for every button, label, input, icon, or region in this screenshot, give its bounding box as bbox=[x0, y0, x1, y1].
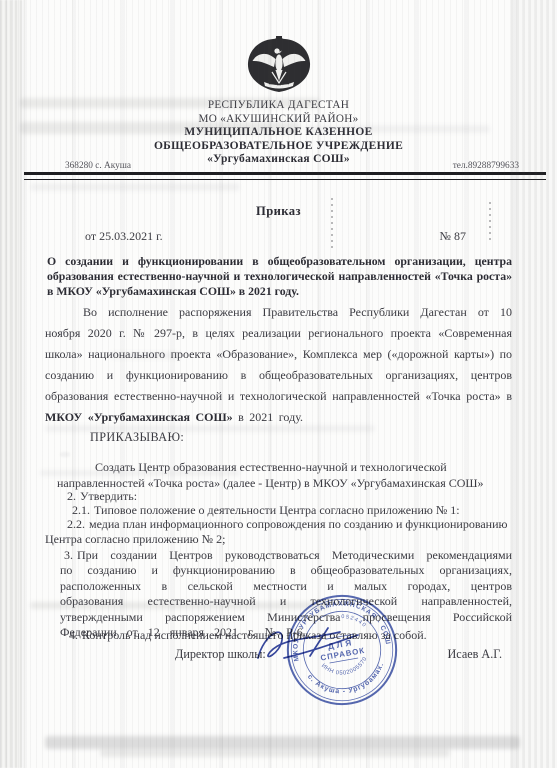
letterhead-municipality: МО «АКУШИНСКИЙ РАЙОН» bbox=[0, 113, 557, 127]
preamble-tail: в 2021 году. bbox=[233, 410, 303, 424]
item-number: 3. bbox=[64, 548, 73, 562]
order-item: Создать Центр образования естественно-на… bbox=[57, 460, 512, 491]
dagestan-coat-of-arms-icon bbox=[236, 36, 322, 94]
item-number: 2.1. bbox=[72, 503, 90, 517]
item-number: 4. bbox=[69, 628, 78, 642]
item-number: 2.2. bbox=[67, 517, 85, 531]
scan-smudge bbox=[45, 736, 520, 749]
scan-smudge bbox=[100, 749, 450, 757]
phone-number: тел.89288799633 bbox=[453, 161, 519, 171]
item-text: Типовое положение о деятельности Центра … bbox=[94, 503, 460, 517]
preamble-text: Во исполнение распоряжения Правительства… bbox=[45, 305, 512, 403]
document-type-heading: Приказ bbox=[45, 204, 512, 219]
order-date: от 25.03.2021 г. bbox=[85, 229, 163, 244]
letterhead: РЕСПУБЛИКА ДАГЕСТАН МО «АКУШИНСКИЙ РАЙОН… bbox=[0, 99, 557, 167]
scan-smudge bbox=[60, 452, 70, 457]
letterhead-org-line1: МУНИЦИПАЛЬНОЕ КАЗЕННОЕ bbox=[0, 126, 557, 140]
order-title: О создании и функционировании в общеобра… bbox=[47, 254, 512, 299]
resolve-heading-row: ПРИКАЗЫВАЮ: bbox=[45, 430, 512, 445]
item-text: Утвердить: bbox=[80, 489, 137, 503]
resolve-heading: ПРИКАЗЫВАЮ: bbox=[90, 430, 512, 445]
order-number: № 87 bbox=[440, 229, 466, 244]
order-item: 2.2.медиа план информационного сопровожд… bbox=[45, 517, 512, 547]
scanned-order-document: РЕСПУБЛИКА ДАГЕСТАН МО «АКУШИНСКИЙ РАЙОН… bbox=[0, 0, 557, 768]
order-item: 2.Утвердить: bbox=[45, 489, 534, 504]
order-preamble: Во исполнение распоряжения Правительства… bbox=[45, 302, 512, 428]
order-date-number-row: от 25.03.2021 г. № 87 bbox=[45, 229, 512, 244]
item-text: Создать Центр образования естественно-на… bbox=[57, 460, 484, 490]
item-text: медиа план информационного сопровождения… bbox=[45, 517, 507, 546]
postal-address: 368280 с. Акуша bbox=[65, 161, 131, 171]
letterhead-org-line2: ОБЩЕОБРАЗОВАТЕЛЬНОЕ УЧРЕЖДЕНИЕ bbox=[0, 140, 557, 154]
scan-smudge bbox=[30, 183, 240, 191]
item-number: 2. bbox=[67, 489, 76, 503]
director-signature-ink bbox=[254, 618, 404, 670]
letterhead-divider-rule bbox=[24, 172, 546, 180]
order-item: 2.1.Типовое положение о деятельности Цен… bbox=[45, 503, 539, 518]
signature-name: Исаев А.Г. bbox=[447, 647, 502, 662]
signature-role-label: Директор школы: bbox=[175, 647, 266, 662]
preamble-school-bold: МКОУ «Ургубамахинская СОШ» bbox=[45, 410, 233, 424]
letterhead-contact-row: 368280 с. Акуша тел.89288799633 bbox=[25, 161, 547, 171]
letterhead-republic: РЕСПУБЛИКА ДАГЕСТАН bbox=[0, 99, 557, 113]
